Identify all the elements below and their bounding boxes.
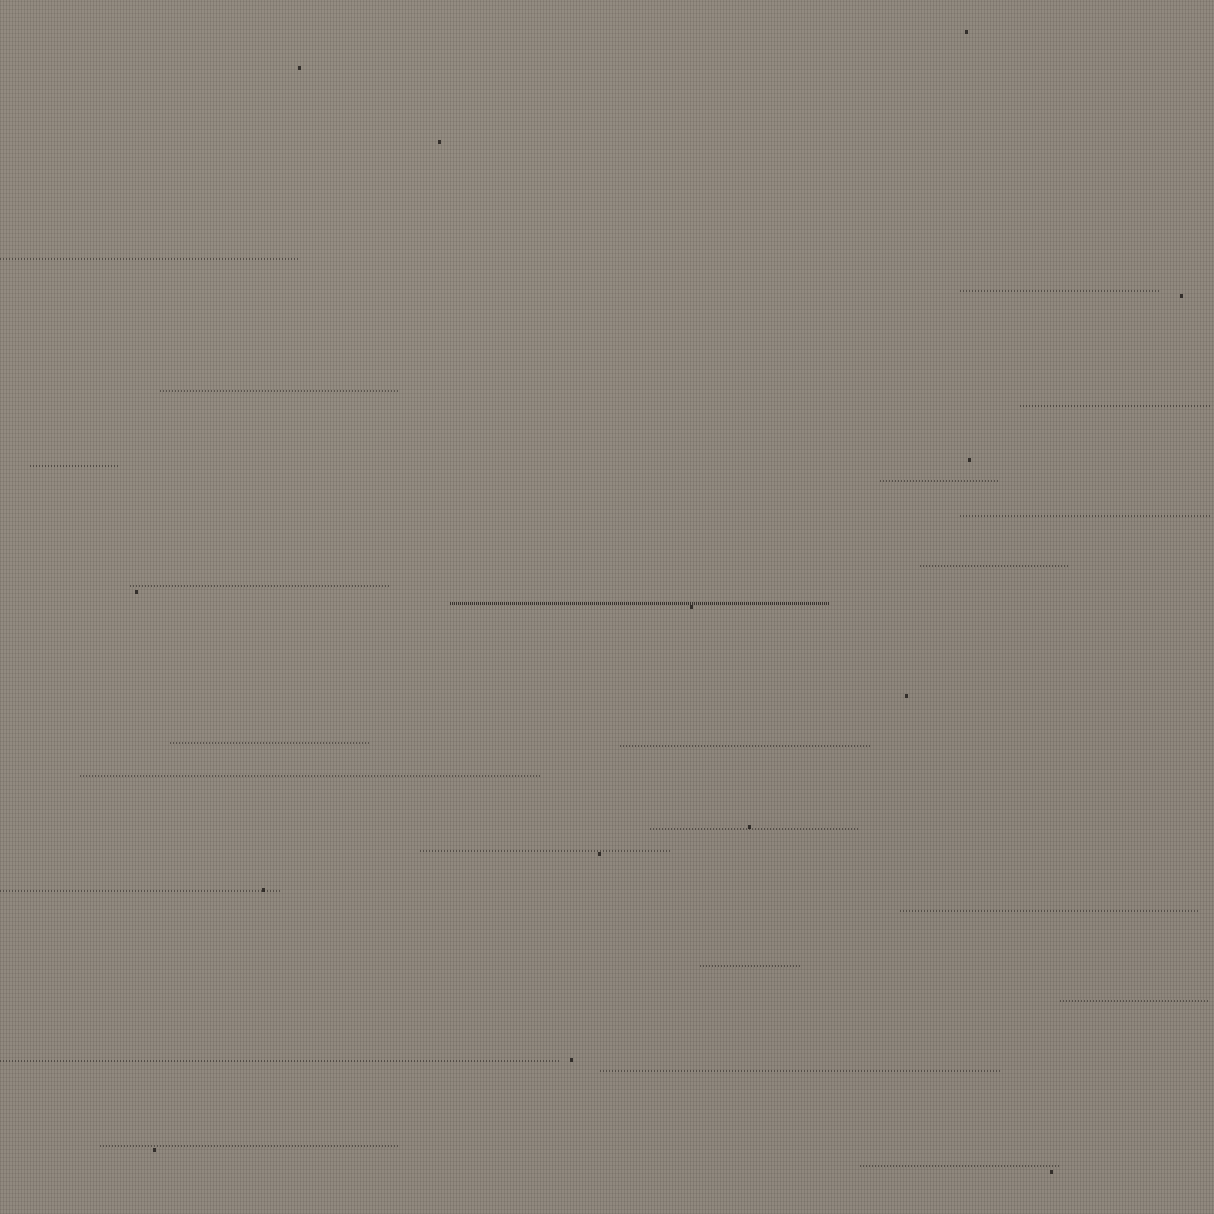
fabric-fleck <box>905 694 908 698</box>
fabric-fleck <box>598 852 601 856</box>
fabric-slub <box>130 585 390 587</box>
fabric-slub <box>860 1165 1060 1167</box>
fabric-slub <box>960 515 1210 517</box>
fabric-slub <box>700 965 800 967</box>
fabric-texture-image <box>0 0 1214 1214</box>
fabric-slub <box>0 1060 560 1062</box>
fabric-fleck <box>965 30 968 34</box>
fabric-slub <box>420 850 670 852</box>
fabric-fleck <box>570 1058 573 1062</box>
fabric-slub <box>600 1070 1000 1072</box>
fabric-slub <box>1060 1000 1210 1002</box>
fabric-slub <box>960 290 1160 292</box>
fabric-slub <box>450 602 830 605</box>
fabric-slub <box>620 745 870 747</box>
fabric-slub <box>170 742 370 744</box>
fabric-fleck <box>690 605 693 609</box>
fabric-fleck <box>438 140 441 144</box>
fabric-slub <box>160 390 400 392</box>
fabric-fleck <box>135 590 138 594</box>
fabric-slub <box>80 775 540 777</box>
fabric-slub <box>920 565 1070 567</box>
fabric-fleck <box>968 458 971 462</box>
fabric-slub <box>30 465 120 467</box>
fabric-slub <box>650 828 860 830</box>
fabric-fleck <box>262 888 265 892</box>
fabric-fleck <box>298 66 301 70</box>
fabric-slub <box>900 910 1200 912</box>
fabric-slub <box>0 258 300 260</box>
fabric-fleck <box>153 1148 156 1152</box>
fabric-slub <box>1020 405 1210 407</box>
fabric-slub <box>0 890 280 892</box>
fabric-slub <box>880 480 1000 482</box>
fabric-fleck <box>1180 294 1183 298</box>
fabric-fleck <box>748 825 751 829</box>
fabric-fleck <box>1050 1170 1053 1174</box>
fabric-slub <box>100 1145 400 1147</box>
